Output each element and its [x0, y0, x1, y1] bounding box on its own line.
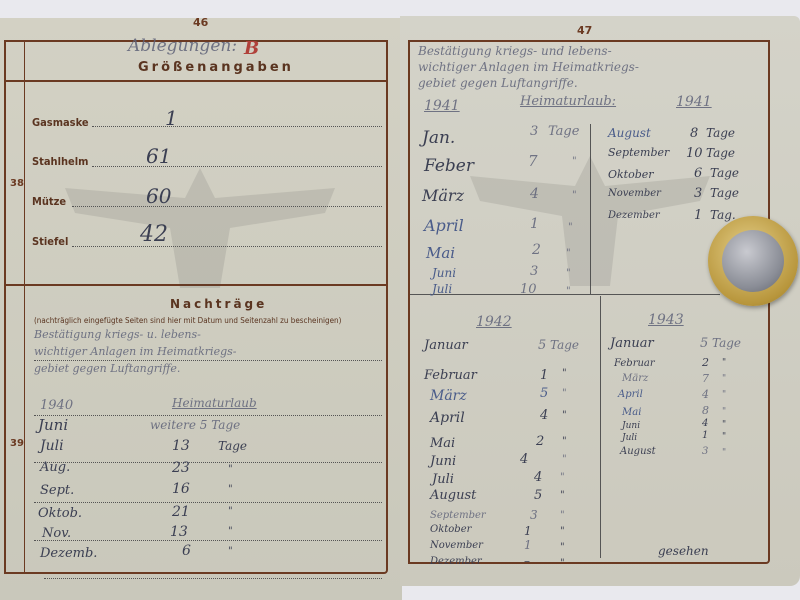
month-label: August — [608, 126, 651, 140]
entry-value: 3 — [530, 508, 538, 522]
entry-unit: " — [560, 510, 565, 521]
entry-unit: " — [562, 368, 567, 379]
month-label: Jan. — [422, 128, 455, 148]
entry-unit: " — [722, 407, 726, 417]
title-divider — [4, 80, 386, 82]
entry-unit: " — [568, 222, 573, 233]
entry-unit: " — [566, 248, 571, 259]
entry-unit: Tage — [706, 126, 735, 140]
month-label: Februar — [424, 368, 477, 383]
month-label: Mai — [430, 436, 455, 451]
entry-value: 5 — [538, 338, 546, 353]
month-label: Januar — [610, 336, 654, 351]
entry-unit: Tage — [548, 124, 579, 139]
entry-unit: " — [228, 526, 233, 537]
intro-text-line: gebiet gegen Luftangriffe. — [418, 76, 578, 90]
heading-heimaturlaub: Heimaturlaub: — [520, 94, 616, 109]
entry-value: 2 — [532, 242, 541, 258]
month-label: Juni — [38, 416, 68, 434]
year-1941-left: 1941 — [424, 98, 460, 114]
entry-unit: " — [228, 506, 233, 517]
entry-value: 2 — [536, 434, 544, 449]
entry-value: 23 — [172, 460, 190, 476]
size-value: 60 — [146, 184, 171, 208]
entry-unit: " — [560, 472, 565, 483]
month-label: Aug. — [40, 460, 70, 475]
entry-value: 5 — [534, 488, 542, 503]
size-value: 1 — [165, 106, 178, 130]
entry-unit: " — [562, 388, 567, 399]
addenda-text-line: gebiet gegen Luftangriffe. — [34, 362, 180, 375]
column-divider-1942 — [600, 296, 601, 558]
month-label: März — [430, 388, 467, 404]
month-label: September — [430, 510, 486, 521]
size-label: Stiefel — [32, 235, 68, 248]
entry-value: 7 — [702, 372, 709, 385]
entry-value: 1 — [524, 538, 532, 552]
header-stamp: B — [244, 38, 259, 59]
entry-unit: " — [560, 526, 565, 537]
entry-value: 1 — [530, 216, 539, 232]
month-label: April — [430, 410, 465, 426]
entry-unit: " — [722, 390, 726, 400]
month-label: Juli — [432, 472, 454, 487]
entry-value: 21 — [172, 504, 190, 520]
entry-value: 3 — [530, 264, 538, 279]
dotted-line — [34, 462, 382, 463]
entry-value: 4 — [540, 408, 548, 423]
entry-unit: Tage — [706, 146, 735, 160]
entry-value: 4 — [534, 470, 542, 485]
left-page: 46 Ablegungen: B Größenangaben 38 Gasmas… — [0, 18, 402, 600]
entry-value: 13 — [172, 438, 190, 454]
month-label: August — [620, 446, 656, 457]
right-page-frame — [408, 40, 770, 564]
entry-value: 5 — [700, 336, 708, 351]
entry-unit: " — [722, 432, 726, 442]
entry-unit: " — [722, 448, 726, 458]
month-label: März — [422, 186, 464, 205]
dotted-line — [92, 166, 382, 167]
page-number-right: 47 — [577, 24, 592, 37]
entry-value: 4 — [702, 388, 709, 401]
entry-unit: " — [562, 454, 567, 465]
year-1941-right: 1941 — [676, 94, 712, 110]
dotted-line — [34, 415, 382, 416]
entry-value: 4 — [520, 452, 528, 467]
intro-text-line: wichtiger Anlagen im Heimatkriegs- — [418, 60, 639, 74]
entry-unit: Tage — [550, 338, 579, 352]
size-label: Stahlhelm — [32, 155, 88, 168]
entry-value: 6 — [182, 543, 191, 559]
month-label: Juli — [622, 433, 637, 443]
dotted-line — [72, 246, 382, 247]
entry-unit: Tage — [710, 166, 739, 180]
entry-unit: " — [562, 410, 567, 421]
entry-value: 4 — [702, 418, 708, 429]
month-label: Juli — [40, 438, 64, 454]
month-label: September — [608, 146, 669, 159]
entry-value: 10 — [520, 282, 537, 297]
month-label: Juni — [430, 454, 456, 469]
entry-unit: " — [566, 268, 571, 279]
header-annotation: Ablegungen: — [128, 36, 237, 56]
month-label: Juli — [432, 282, 452, 296]
month-label: April — [424, 216, 464, 235]
row-number-38: 38 — [10, 178, 24, 189]
month-label: April — [618, 389, 643, 400]
month-label: Oktober — [430, 524, 471, 535]
entry-unit: Tage — [218, 439, 247, 453]
dotted-line — [92, 126, 382, 127]
entry-value: 8 — [702, 404, 709, 417]
entry-unit: " — [566, 286, 571, 297]
entry-value: 16 — [172, 481, 190, 497]
month-label: August — [430, 488, 476, 503]
entry-value: 1 — [702, 430, 708, 441]
month-label: Mai — [622, 407, 641, 418]
addenda-title: Nachträge — [170, 297, 267, 311]
entry-value: 3 — [530, 124, 538, 139]
entry-value: 2 — [702, 356, 709, 369]
entry-unit: " — [560, 558, 565, 569]
entry-unit: " — [572, 190, 577, 201]
dotted-line — [34, 540, 382, 541]
entry-value: 1 — [694, 208, 702, 223]
addenda-text-line: Bestätigung kriegs- u. lebens- — [34, 328, 201, 341]
year-1940: 1940 — [40, 398, 73, 413]
dotted-line — [34, 360, 382, 361]
entry-value: – — [524, 554, 530, 568]
dotted-line — [44, 578, 382, 579]
entry-value: 8 — [690, 126, 698, 141]
addenda-subtitle: (nachträglich eingefügte Seiten sind hie… — [34, 316, 341, 325]
entry-unit: Tage — [710, 186, 739, 200]
size-label: Gasmaske — [32, 116, 89, 129]
month-label: November — [430, 540, 483, 551]
year-1942: 1942 — [476, 314, 512, 330]
entry-unit: " — [560, 542, 565, 553]
size-label: Mütze — [32, 195, 66, 208]
month-label: Juni — [622, 421, 640, 431]
section-title: Größenangaben — [138, 60, 294, 75]
month-label: Sept. — [40, 483, 74, 498]
entry-unit: " — [228, 546, 233, 557]
entry-value: weitere 5 Tage — [150, 418, 240, 432]
entry-unit: " — [228, 484, 233, 495]
month-label: November — [608, 188, 661, 199]
month-label: März — [622, 373, 648, 384]
entry-unit: " — [572, 156, 577, 167]
month-label: Dezemb. — [40, 546, 97, 561]
coin-center — [722, 230, 784, 292]
eagle-watermark-icon — [460, 146, 720, 296]
entry-value: 4 — [530, 186, 539, 202]
entry-value: 1 — [540, 368, 548, 383]
month-label: Nov. — [42, 526, 71, 541]
entry-value: 10 — [686, 146, 703, 161]
closing-mark: gesehen — [658, 544, 709, 558]
size-value: 61 — [146, 144, 171, 168]
page-number-left: 46 — [193, 16, 208, 29]
addenda-text-line: wichtiger Anlagen im Heimatkriegs- — [34, 345, 237, 358]
entry-unit: " — [722, 374, 726, 384]
entry-value: 13 — [170, 524, 188, 540]
month-label: Januar — [424, 338, 468, 353]
intro-text-line: Bestätigung kriegs- und lebens- — [418, 44, 612, 58]
entry-value: 5 — [540, 386, 548, 401]
month-label: Oktober — [608, 168, 654, 181]
year-1943: 1943 — [648, 312, 684, 328]
month-label: Dezember — [608, 210, 660, 221]
entry-value: 6 — [694, 166, 702, 181]
eagle-watermark-icon — [55, 158, 345, 298]
dotted-line — [72, 206, 382, 207]
row-number-39: 39 — [10, 438, 24, 449]
entry-unit: " — [560, 490, 565, 501]
month-label: Mai — [426, 244, 455, 262]
entry-unit: Tage — [712, 336, 741, 350]
left-margin-line — [24, 42, 25, 572]
size-value: 42 — [140, 222, 168, 247]
entry-unit: " — [228, 464, 233, 475]
month-label: Dezember — [430, 556, 482, 567]
entry-value: 1 — [524, 524, 532, 538]
month-label: Oktob. — [38, 506, 82, 521]
entry-unit: " — [722, 358, 726, 368]
entry-unit: " — [562, 436, 567, 447]
dotted-line — [34, 502, 382, 503]
month-label: Februar — [614, 358, 655, 369]
entry-value: 7 — [528, 152, 538, 170]
heading-1940: Heimaturlaub — [172, 396, 257, 410]
entry-value: 3 — [702, 446, 708, 457]
euro-coin — [708, 216, 798, 306]
entry-value: 3 — [694, 186, 702, 201]
month-label: Juni — [432, 266, 456, 280]
month-label: Feber — [424, 156, 474, 176]
entry-unit: " — [722, 420, 726, 430]
